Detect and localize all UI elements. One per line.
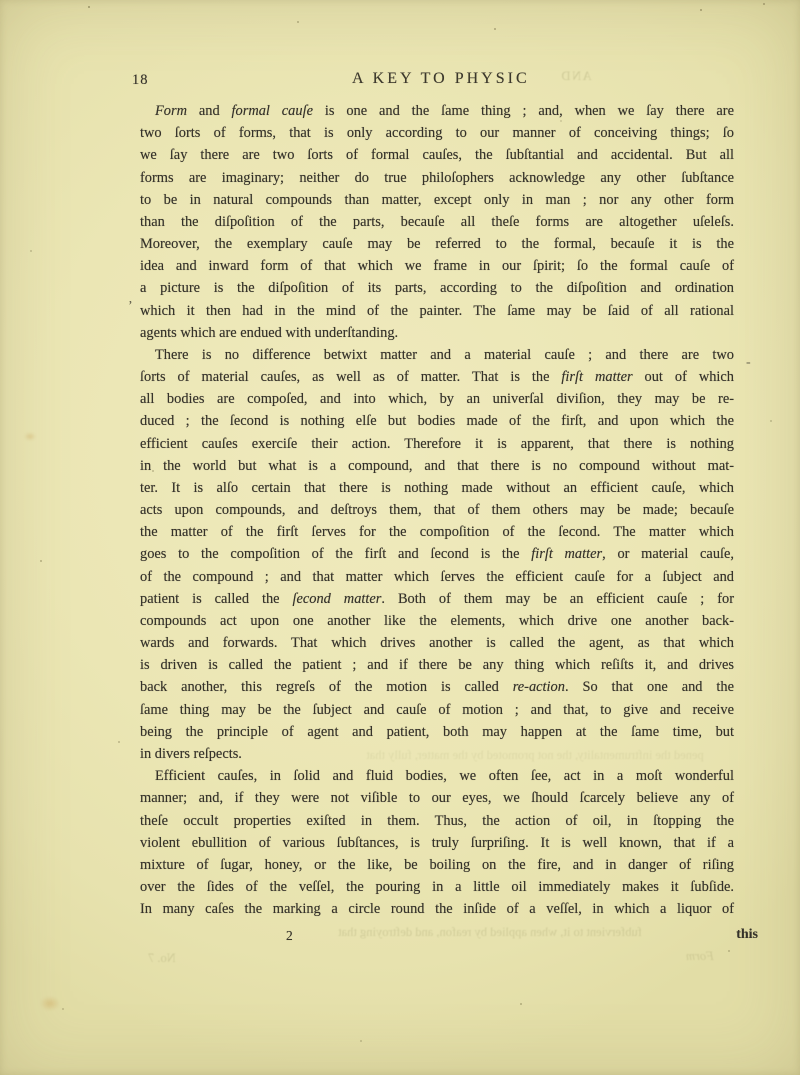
- text-line: two ſorts of forms, that is only accordi…: [140, 122, 734, 144]
- foxing-spot: [40, 996, 60, 1011]
- book-page: AND pened the inftrumentality, the not p…: [0, 0, 800, 1075]
- text-line: mixture of ſugar, honey, or the like, be…: [140, 854, 734, 876]
- text-line: than the diſpoſition of the parts, becau…: [140, 211, 734, 233]
- text-line: over the ſides of the veſſel, the pourin…: [140, 876, 734, 898]
- text-line: In many caſes the marking a circle round…: [140, 898, 734, 920]
- text-line: ſame thing may be the ſubject and cauſe …: [140, 699, 734, 721]
- paragraph: Form and formal cauſe is one and the ſam…: [140, 100, 734, 344]
- stray-ink-mark: ’: [128, 299, 133, 315]
- text-line: agents which are endued with underſtandi…: [140, 322, 734, 344]
- text-line: violent ebullition of various ſubſtances…: [140, 832, 734, 854]
- text-line: duced ; the ſecond is nothing elſe but b…: [140, 410, 734, 432]
- text-line: compounds act upon one another like the …: [140, 610, 734, 632]
- page-number: 18: [132, 72, 149, 89]
- text-line: theſe occult properties exiſted in them.…: [140, 810, 734, 832]
- foxing-spot: [24, 432, 36, 441]
- text-line: ter. It is alſo certain that there is no…: [140, 477, 734, 499]
- text-line: wards and forwards. That which drives an…: [140, 632, 734, 654]
- text-line: a picture is the diſpoſition of its part…: [140, 277, 734, 299]
- body-text: Form and formal cauſe is one and the ſam…: [140, 100, 734, 920]
- text-line: in divers reſpects.: [140, 743, 734, 765]
- text-line: manner; and, if they were not viſible to…: [140, 787, 734, 809]
- text-line: being the principle of agent and patient…: [140, 721, 734, 743]
- text-line: Form and formal cauſe is one and the ſam…: [140, 100, 734, 122]
- stray-ink-mark: -: [746, 355, 751, 371]
- paragraph: There is no difference betwixt matter an…: [140, 344, 734, 765]
- text-line: which it then had in the mind of the pai…: [140, 300, 734, 322]
- text-line: goes to the compoſition of the firſt and…: [140, 543, 734, 565]
- text-line: all bodies are compoſed, and into which,…: [140, 388, 734, 410]
- text-line: of the compound ; and that matter which …: [140, 566, 734, 588]
- text-line: ſorts of material cauſes, as well as of …: [140, 366, 734, 388]
- text-line: to be in natural compounds than matter, …: [140, 189, 734, 211]
- text-line: acts upon compounds, and deſtroys them, …: [140, 499, 734, 521]
- catchword: this: [736, 927, 758, 943]
- show-through-text: fubfervient to it, when applied by reafo…: [255, 925, 725, 940]
- text-line: Efficient cauſes, in ſolid and fluid bod…: [140, 765, 734, 787]
- text-line: patient is called the ſecond matter. Bot…: [140, 588, 734, 610]
- show-through-text: AND: [560, 69, 592, 84]
- signature-mark: 2: [286, 928, 293, 944]
- show-through-text: No. 7: [148, 951, 176, 966]
- paragraph: Efficient cauſes, in ſolid and fluid bod…: [140, 765, 734, 920]
- running-title: A KEY TO PHYSIC: [352, 70, 530, 88]
- text-line: Moreover, the exemplary cauſe may be ref…: [140, 233, 734, 255]
- text-line: forms are imaginary; neither do true phi…: [140, 167, 734, 189]
- text-line: There is no difference betwixt matter an…: [140, 344, 734, 366]
- paper-speckles: [0, 0, 2, 2]
- text-line: in the world but what is a compound, and…: [140, 455, 734, 477]
- text-line: the matter of the firſt ſerves for the c…: [140, 521, 734, 543]
- text-line: we ſay there are two ſorts of formal cau…: [140, 144, 734, 166]
- text-line: idea and inward form of that which we fr…: [140, 255, 734, 277]
- text-line: efficient cauſes exerciſe their action. …: [140, 433, 734, 455]
- show-through-text: Form: [686, 949, 714, 964]
- text-line: is driven is called the patient ; and if…: [140, 654, 734, 676]
- text-line: back another, this regreſs of the motion…: [140, 676, 734, 698]
